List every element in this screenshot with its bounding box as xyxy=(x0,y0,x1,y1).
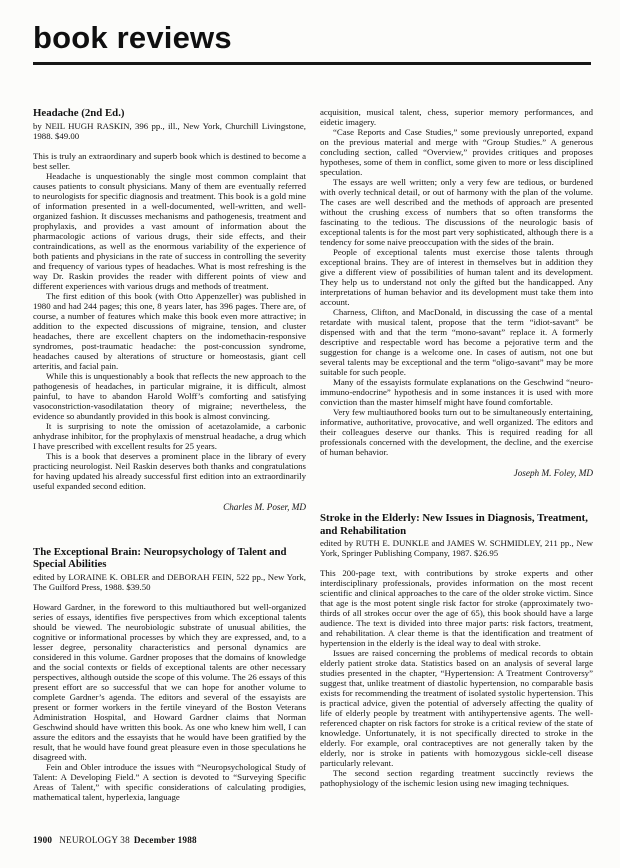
journal-volume: NEUROLOGY 38 xyxy=(59,835,130,845)
review-paragraph: Howard Gardner, in the foreword to this … xyxy=(33,602,306,762)
review-paragraph: People of exceptional talents must exerc… xyxy=(320,247,593,307)
journal-page: book reviews Headache (2nd Ed.) by NEIL … xyxy=(0,0,620,868)
header-rule xyxy=(33,62,591,65)
review-paragraph: This 200-page text, with contributions b… xyxy=(320,568,593,648)
review-paragraph: The second section regarding treatment s… xyxy=(320,768,593,788)
review-paragraph-continued: acquisition, musical talent, chess, supe… xyxy=(320,107,593,127)
review-paragraph: “Case Reports and Case Studies,” some pr… xyxy=(320,127,593,177)
review-paragraph: This is truly an extraordinary and super… xyxy=(33,151,306,171)
review-byline: edited by RUTH E. DUNKLE and JAMES W. SC… xyxy=(320,538,593,558)
review-paragraph: Very few multiauthored books turn out to… xyxy=(320,407,593,457)
review-paragraph: Charness, Clifton, and MacDonald, in dis… xyxy=(320,307,593,377)
review-exceptional-brain: The Exceptional Brain: Neuropsychology o… xyxy=(33,546,306,802)
two-column-body: Headache (2nd Ed.) by NEIL HUGH RASKIN, … xyxy=(33,107,593,802)
page-footer: 1900NEUROLOGY 38December 1988 xyxy=(33,835,197,845)
review-byline: by NEIL HUGH RASKIN, 396 pp., ill., New … xyxy=(33,121,306,141)
page-header: book reviews xyxy=(33,22,591,65)
right-column: acquisition, musical talent, chess, supe… xyxy=(320,107,593,802)
reviewer-signature: Charles M. Poser, MD xyxy=(33,502,306,512)
review-title: Stroke in the Elderly: New Issues in Dia… xyxy=(320,512,593,537)
review-paragraph: The first edition of this book (with Ott… xyxy=(33,291,306,371)
reviewer-signature: Joseph M. Foley, MD xyxy=(320,468,593,478)
review-paragraph: The essays are well written; only a very… xyxy=(320,177,593,247)
review-title: The Exceptional Brain: Neuropsychology o… xyxy=(33,546,306,571)
left-column: Headache (2nd Ed.) by NEIL HUGH RASKIN, … xyxy=(33,107,306,802)
review-paragraph: It is surprising to note the omission of… xyxy=(33,421,306,451)
section-title: book reviews xyxy=(33,22,591,53)
review-paragraph: This is a book that deserves a prominent… xyxy=(33,451,306,491)
review-headache: Headache (2nd Ed.) by NEIL HUGH RASKIN, … xyxy=(33,107,306,512)
review-exceptional-brain-continued: acquisition, musical talent, chess, supe… xyxy=(320,107,593,478)
review-paragraph: While this is unquestionably a book that… xyxy=(33,371,306,421)
review-title: Headache (2nd Ed.) xyxy=(33,107,306,120)
review-paragraph: Issues are raised concerning the problem… xyxy=(320,648,593,768)
review-paragraph: Many of the essayists formulate explanat… xyxy=(320,377,593,407)
review-paragraph: Fein and Obler introduce the issues with… xyxy=(33,762,306,802)
page-number: 1900 xyxy=(33,835,52,845)
review-paragraph: Headache is unquestionably the single mo… xyxy=(33,171,306,291)
review-stroke-elderly: Stroke in the Elderly: New Issues in Dia… xyxy=(320,512,593,788)
review-byline: edited by LORAINE K. OBLER and DEBORAH F… xyxy=(33,572,306,592)
issue-date: December 1988 xyxy=(134,835,197,845)
